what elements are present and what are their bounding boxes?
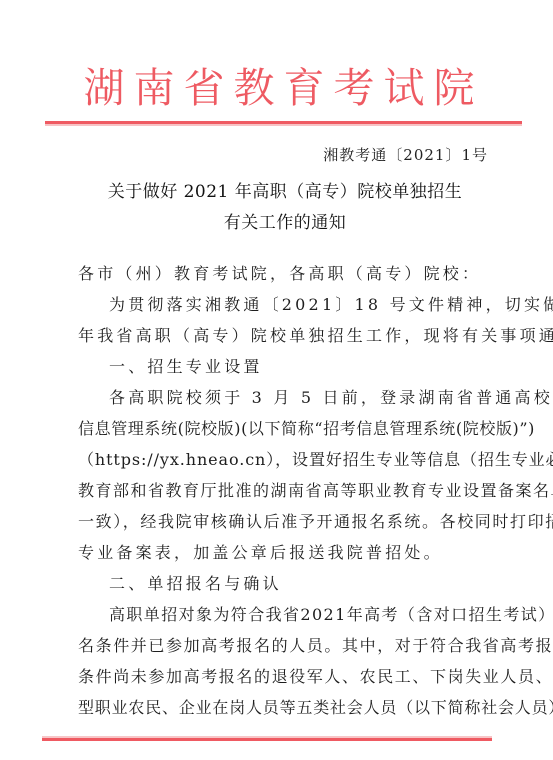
document-number: 湘教考通〔2021〕1号 <box>323 145 488 165</box>
section-heading-1: 一、招生专业设置 <box>78 351 490 382</box>
page-bottom-red-rule <box>42 738 492 741</box>
body-line: 各高职院校须于 3 月 5 日前，登录湖南省普通高校招生考试 <box>78 382 490 413</box>
body-line: 型职业农民、企业在岗人员等五类社会人员（以下简称社会人员） <box>78 692 490 723</box>
document-page: 湖南省教育考试院 湘教考通〔2021〕1号 关于做好 2021 年高职（高专）院… <box>0 0 553 760</box>
body-line: 名条件并已参加高考报名的人员。其中，对于符合我省高考报名 <box>78 630 490 661</box>
document-title-line-1: 关于做好 2021 年高职（高专）院校单独招生 <box>60 177 510 208</box>
letterhead-red-rule <box>45 121 522 124</box>
body-line: （https://yx.hneao.cn），设置好招生专业等信息（招生专业必须与 <box>78 444 490 475</box>
salutation: 各市（州）教育考试院，各高职（高专）院校： <box>78 258 490 289</box>
document-title-line-2: 有关工作的通知 <box>60 208 510 239</box>
body-line: 信息管理系统(院校版)(以下简称“招考信息管理系统(院校版)”) <box>78 413 490 444</box>
body-line: 专业备案表，加盖公章后报送我院普招处。 <box>78 537 490 568</box>
body-line: 年我省高职（高专）院校单独招生工作，现将有关事项通知如下： <box>78 320 490 351</box>
document-title: 关于做好 2021 年高职（高专）院校单独招生 有关工作的通知 <box>60 177 510 239</box>
body-line: 为贯彻落实湘教通〔2021〕18 号文件精神，切实做好 2021 <box>78 289 490 320</box>
letterhead-org-name: 湖南省教育考试院 <box>45 64 522 112</box>
section-heading-2: 二、单招报名与确认 <box>78 568 490 599</box>
body-line: 高职单招对象为符合我省2021年高考（含对口招生考试）报 <box>78 599 490 630</box>
document-body: 各市（州）教育考试院，各高职（高专）院校： 为贯彻落实湘教通〔2021〕18 号… <box>78 258 490 723</box>
body-line: 一致），经我院审核确认后准予开通报名系统。各校同时打印招生 <box>78 506 490 537</box>
body-line: 条件尚未参加高考报名的退役军人、农民工、下岗失业人员、新 <box>78 661 490 692</box>
body-line: 教育部和省教育厅批准的湖南省高等职业教育专业设置备案名单 <box>78 475 490 506</box>
